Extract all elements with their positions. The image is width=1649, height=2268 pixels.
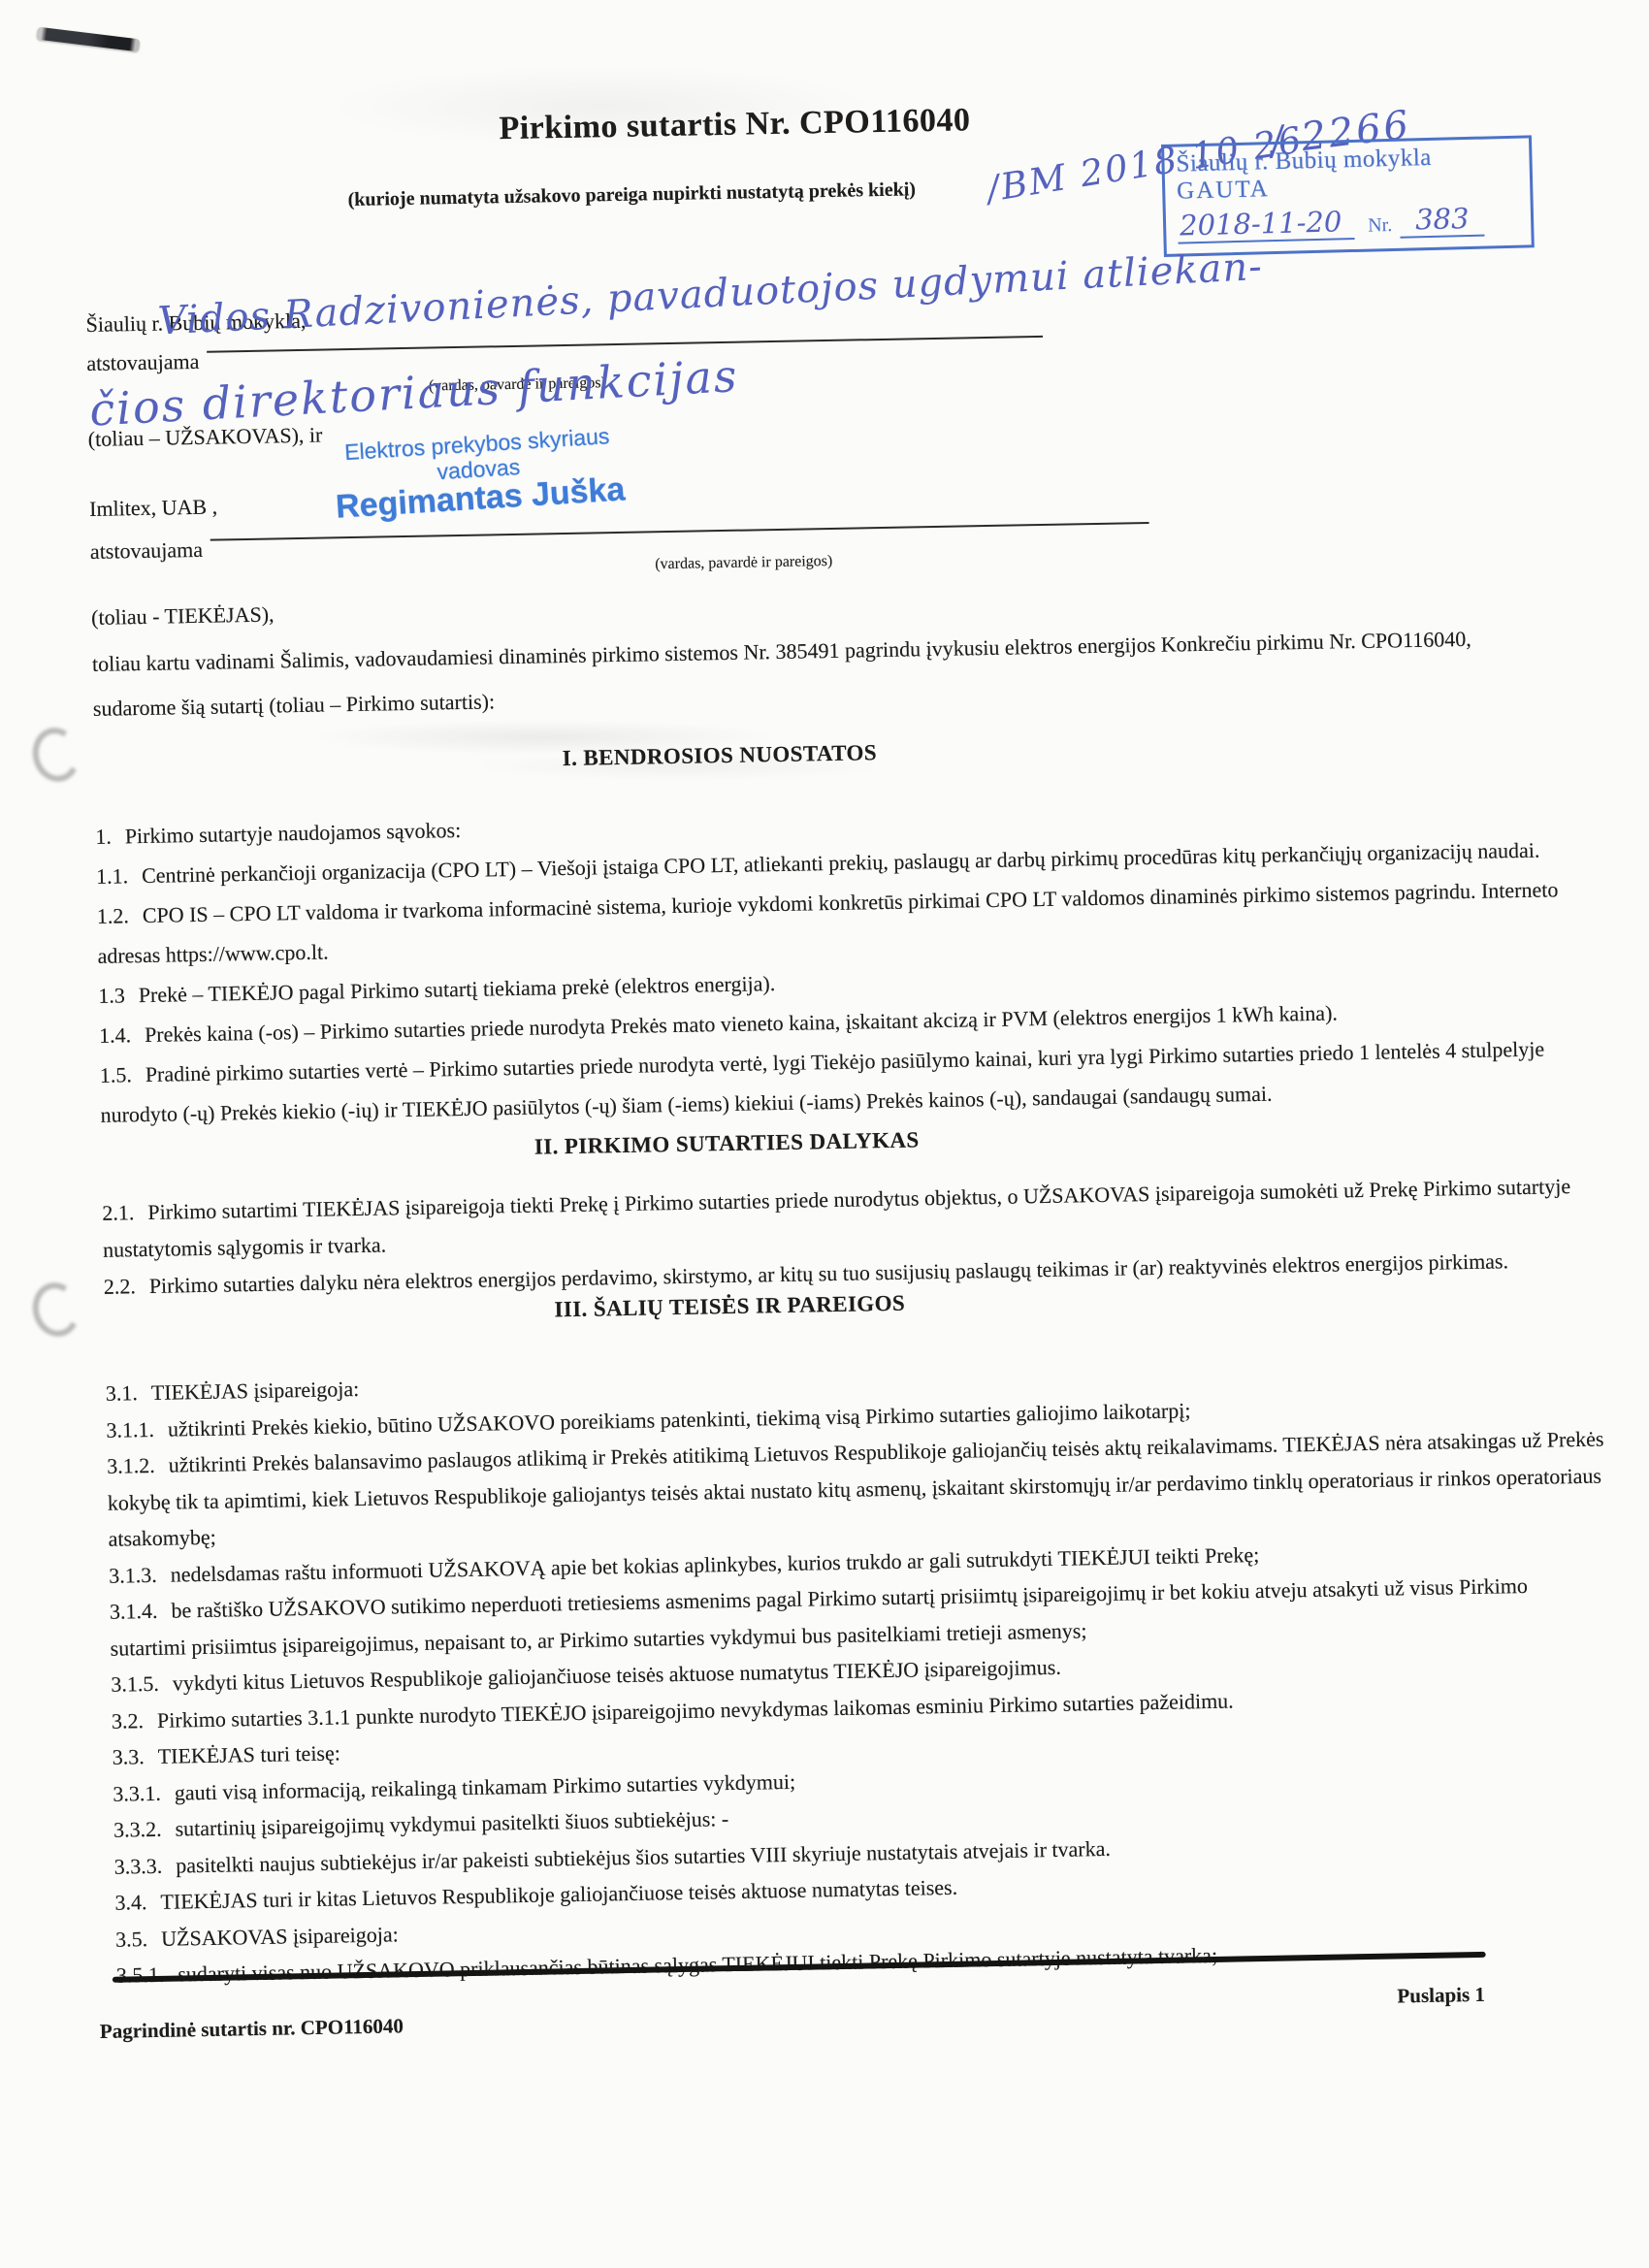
footer-contract-number: Pagrindinė sutartis nr. CPO116040 bbox=[100, 2014, 404, 2044]
supplier-name: Imlitex, UAB , bbox=[89, 495, 217, 522]
clause-number: 2.2. bbox=[104, 1274, 136, 1299]
clause-number: 1.3 bbox=[98, 983, 125, 1007]
clause-text: užtikrinti Prekės balansavimo paslaugos … bbox=[108, 1427, 1604, 1551]
clause-number: 3.1.4. bbox=[110, 1599, 158, 1624]
clause-number: 3.1.3. bbox=[109, 1562, 157, 1587]
clause-number: 3.1.5. bbox=[111, 1671, 159, 1697]
section-heading-1: I. BENDROSIOS NUOSTATOS bbox=[94, 731, 1345, 780]
represented-by-label-2: atstovaujama bbox=[90, 537, 204, 565]
clause-number: 1.1. bbox=[96, 863, 128, 889]
clause-number: 1. bbox=[95, 825, 112, 849]
clause-text: TIEKĖJAS turi teisę: bbox=[157, 1740, 340, 1767]
joint-clause: toliau kartu vadinami Šalimis, vadovauda… bbox=[92, 615, 1592, 731]
clause-text: UŽSAKOVAS įsipareigoja: bbox=[161, 1922, 399, 1950]
clause-number: 1.4. bbox=[99, 1022, 131, 1048]
clause-number: 1.5. bbox=[100, 1062, 132, 1087]
clause-number: 3.3. bbox=[112, 1744, 144, 1769]
clause-number: 3.2. bbox=[112, 1708, 144, 1733]
stamp-nr-value: 383 bbox=[1400, 202, 1485, 239]
clause-number: 3.1.1. bbox=[106, 1416, 154, 1442]
clause-text: Pirkimo sutartyje naudojamos sąvokos: bbox=[125, 818, 462, 848]
document-content: Pirkimo sutartis Nr. CPO116040 (kurioje … bbox=[0, 0, 1649, 2268]
received-stamp: Šiaulių r. Bubių mokykla GAUTA 2018-11-2… bbox=[1161, 135, 1535, 257]
footer-page-number: Puslapis 1 bbox=[1397, 1983, 1485, 2009]
section-items-2: 2.1.Pirkimo sutartimi TIEKĖJAS įsipareig… bbox=[102, 1168, 1602, 1306]
clause-number: 3.3.1. bbox=[113, 1780, 161, 1805]
stamp-received-date: 2018-11-20 bbox=[1178, 205, 1355, 244]
stamp-nr-label: Nr. bbox=[1368, 214, 1393, 238]
clause-text: Prekė – TIEKĖJO pagal Pirkimo sutartį ti… bbox=[139, 971, 776, 1007]
name-caption: (vardas, pavardė ir pareigos) bbox=[655, 553, 832, 573]
clause-text: TIEKĖJAS įsipareigoja: bbox=[151, 1377, 360, 1405]
clause-number: 3.5. bbox=[115, 1927, 147, 1952]
represented-by-label: atstovaujama bbox=[86, 349, 200, 376]
clause-number: 3.5.1. bbox=[116, 1962, 165, 1988]
clause-text: gauti visą informaciją, reikalingą tinka… bbox=[175, 1768, 796, 1804]
scanned-contract-page: Pirkimo sutartis Nr. CPO116040 (kurioje … bbox=[0, 0, 1649, 2268]
clause-number: 2.1. bbox=[102, 1200, 134, 1225]
supplier-alias: (toliau - TIEKĖJAS), bbox=[91, 601, 275, 630]
supplier-signature-stamp: Elektros prekybos skyriaus vadovas Regim… bbox=[287, 420, 669, 523]
clause-text: sutartinių įsipareigojimų vykdymui pasit… bbox=[175, 1806, 728, 1840]
clause-number: 3.3.3. bbox=[114, 1853, 163, 1878]
clause-number: 3.4. bbox=[114, 1890, 146, 1915]
section-items-3: 3.1.TIEKĖJAS įsipareigoja:3.1.1.užtikrin… bbox=[105, 1348, 1614, 1994]
clause-number: 3.1.2. bbox=[107, 1453, 155, 1478]
clause-number: 3.1. bbox=[106, 1380, 138, 1406]
clause-number: 1.2. bbox=[97, 903, 129, 928]
section-items-1: 1.Pirkimo sutartyje naudojamos sąvokos:1… bbox=[95, 790, 1600, 1135]
clause-number: 3.3.2. bbox=[113, 1817, 162, 1842]
